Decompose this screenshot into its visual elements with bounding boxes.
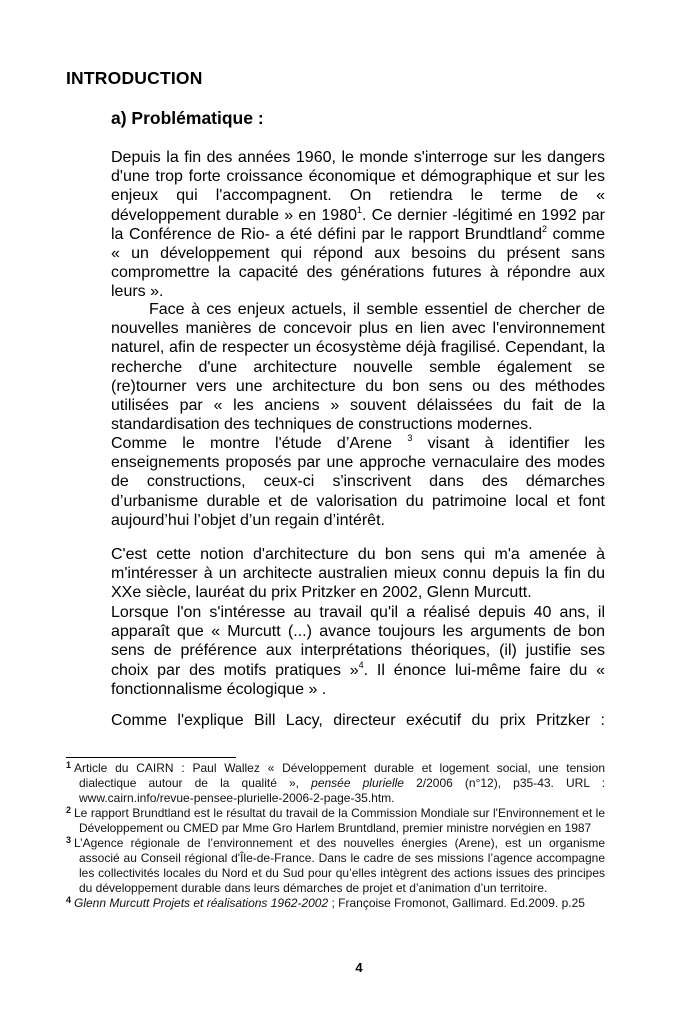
footnote-2: 2Le rapport Brundtland est le résultat d… <box>66 806 605 836</box>
footnote-separator <box>66 757 236 758</box>
paragraph-3: Comme le montre l'étude d’Arene 3 visant… <box>111 434 605 530</box>
paragraph-1: Depuis la fin des années 1960, le monde … <box>111 148 605 302</box>
footnote-text: Le rapport Brundtland est le résultat du… <box>74 806 605 835</box>
paragraph-text: Comme le montre l'étude d’Arene <box>111 435 407 452</box>
footnote-text: ; Françoise Fromonot, Gallimard. Ed.2009… <box>328 896 585 910</box>
footnote-1: 1Article du CAIRN : Paul Wallez « Dévelo… <box>66 761 605 806</box>
section-heading: INTRODUCTION <box>66 68 203 89</box>
footnote-text: L’Agence régionale de l’environnement et… <box>74 836 605 895</box>
paragraph-text: Face à ces enjeux actuels, il semble ess… <box>111 300 605 434</box>
paragraph-text: C'est cette notion d'architecture du bon… <box>111 545 605 603</box>
page-number: 4 <box>352 960 366 975</box>
paragraph-2: Face à ces enjeux actuels, il semble ess… <box>111 300 605 434</box>
footnote-3: 3L’Agence régionale de l’environnement e… <box>66 836 605 896</box>
footnote-italic: Glenn Murcutt Projets et réalisations 19… <box>74 896 328 910</box>
paragraph-5: Lorsque l'on s'intéresse au travail qu'i… <box>111 603 605 699</box>
paragraph-4: C'est cette notion d'architecture du bon… <box>111 545 605 603</box>
footnote-4: 4Glenn Murcutt Projets et réalisations 1… <box>66 896 605 911</box>
subsection-heading: a) Problématique : <box>111 108 264 129</box>
paragraph-text: Comme l'explique Bill Lacy, directeur ex… <box>111 711 605 730</box>
document-page: INTRODUCTION a) Problématique : Depuis l… <box>0 0 700 1028</box>
footnote-italic: pensée plurielle <box>311 776 404 790</box>
paragraph-6: Comme l'explique Bill Lacy, directeur ex… <box>111 711 605 730</box>
footnotes: 1Article du CAIRN : Paul Wallez « Dévelo… <box>66 761 605 911</box>
